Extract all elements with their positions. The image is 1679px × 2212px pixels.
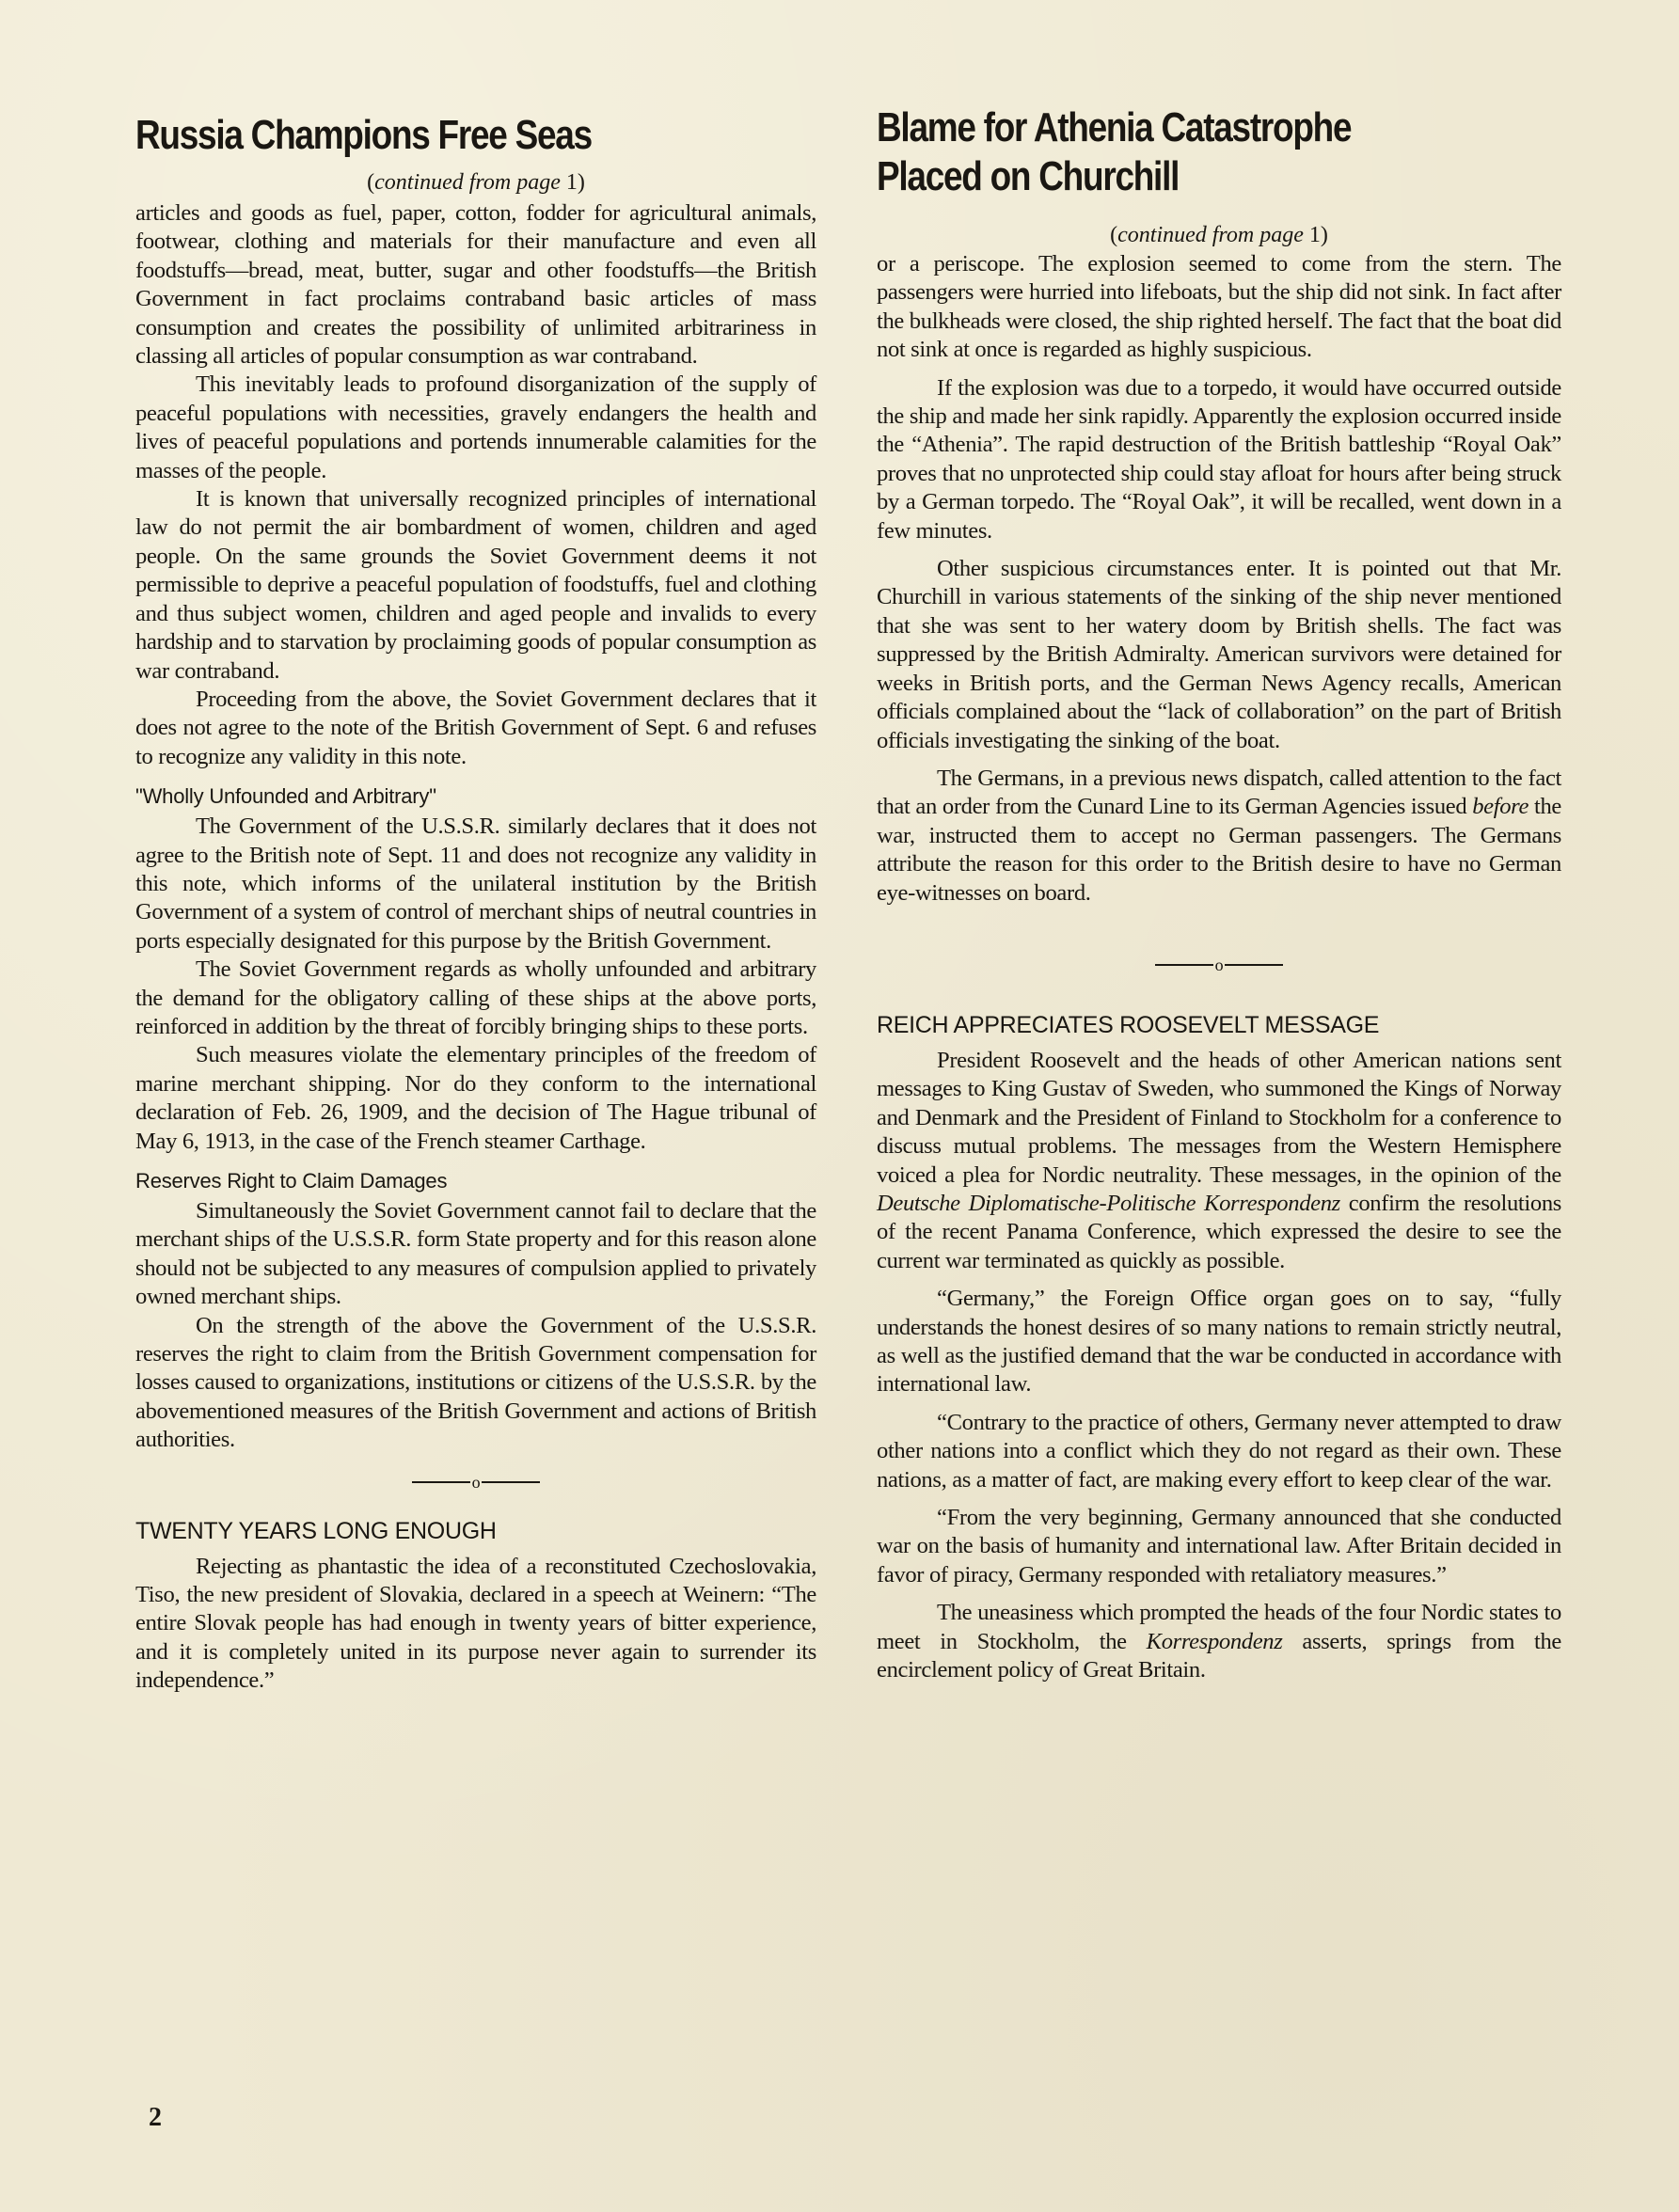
- paragraph: If the explosion was due to a torpedo, i…: [877, 374, 1561, 545]
- paragraph: Simultaneously the Soviet Government can…: [135, 1197, 816, 1312]
- continued-note: (continued from page 1): [877, 221, 1561, 249]
- continued-note: (continued from page 1): [135, 168, 816, 197]
- paragraph: “Contrary to the practice of others, Ger…: [877, 1409, 1561, 1494]
- paragraph: President Roosevelt and the heads of oth…: [877, 1047, 1561, 1275]
- headline-reich-appreciates: REICH APPRECIATES ROOSEVELT MESSAGE: [877, 1011, 1561, 1039]
- paragraph: This inevitably leads to profound disorg…: [135, 371, 816, 485]
- paragraph: Proceeding from the above, the Soviet Go…: [135, 686, 816, 771]
- paragraph: Other suspicious circumstances enter. It…: [877, 555, 1561, 755]
- paragraph: Rejecting as phantastic the idea of a re…: [135, 1553, 816, 1696]
- section-divider: o: [877, 951, 1561, 979]
- paragraph: The uneasiness which prompted the heads …: [877, 1599, 1561, 1684]
- headline-twenty-years: TWENTY YEARS LONG ENOUGH: [135, 1517, 816, 1545]
- paragraph: “From the very beginning, Germany announ…: [877, 1504, 1561, 1589]
- paragraph: On the strength of the above the Governm…: [135, 1312, 816, 1455]
- headline-athenia: Blame for Athenia CatastrophePlaced on C…: [877, 103, 1351, 201]
- paragraph: articles and goods as fuel, paper, cotto…: [135, 199, 816, 371]
- headline-russia-champions: Russia Champions Free Seas: [135, 111, 592, 160]
- article-body-athenia: or a periscope. The explosion seemed to …: [877, 250, 1561, 1684]
- subhead-wholly-unfounded: "Wholly Unfounded and Arbitrary": [135, 784, 816, 809]
- page-number: 2: [149, 2103, 162, 2133]
- paragraph: or a periscope. The explosion seemed to …: [877, 250, 1561, 365]
- article-body-russia: articles and goods as fuel, paper, cotto…: [135, 199, 816, 1696]
- paragraph: The Soviet Government regards as wholly …: [135, 956, 816, 1041]
- paragraph: The Germans, in a previous news dispatch…: [877, 765, 1561, 908]
- subhead-reserves-right: Reserves Right to Claim Damages: [135, 1169, 816, 1193]
- paragraph: Such measures violate the elementary pri…: [135, 1041, 816, 1156]
- paragraph: “Germany,” the Foreign Office organ goes…: [877, 1285, 1561, 1399]
- section-divider: o: [135, 1468, 816, 1496]
- paragraph: The Government of the U.S.S.R. similarly…: [135, 813, 816, 956]
- paragraph: It is known that universally recognized …: [135, 485, 816, 686]
